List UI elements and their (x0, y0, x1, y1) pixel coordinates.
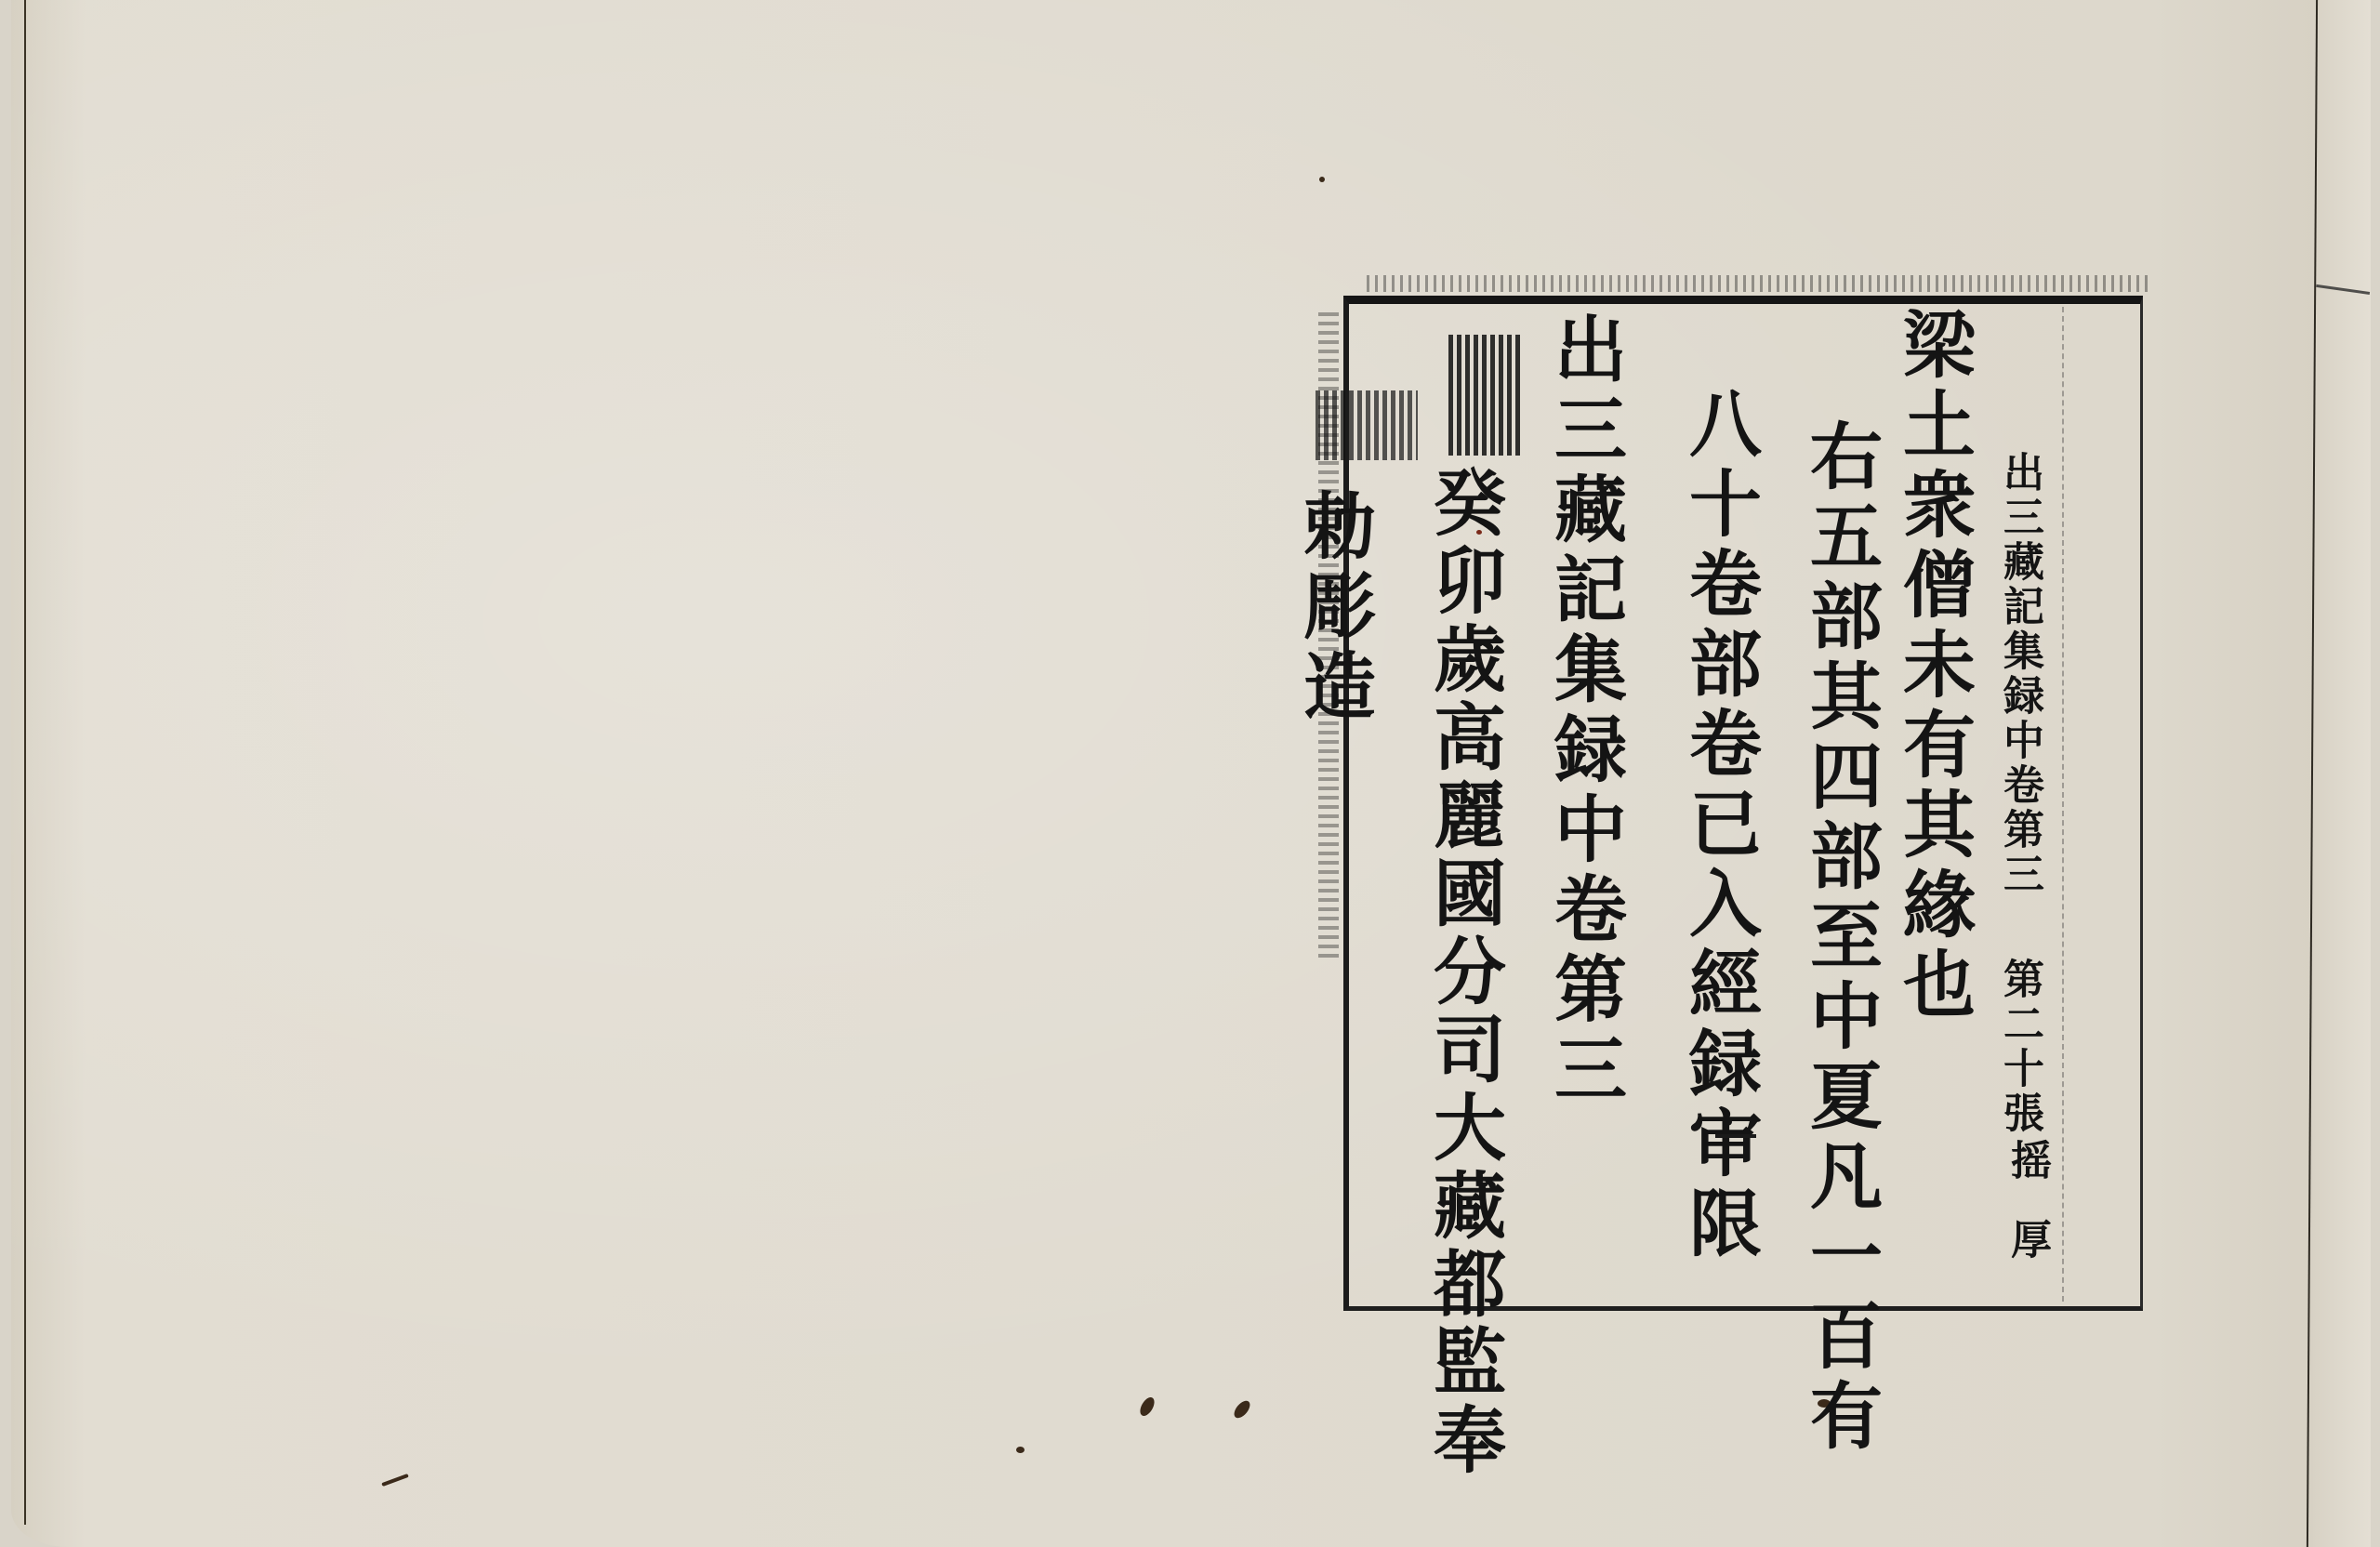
edict-column: 勅彫造 (1297, 488, 1369, 728)
frame-inner-rule (2062, 307, 2064, 1302)
frame-ink-bleed-top (1367, 275, 2148, 292)
ink-smudge (1448, 335, 1523, 456)
colophon-column: 癸卯歲高麗國分司大藏都監奉 (1427, 465, 1500, 1480)
page-number-column: 第二十張 (1999, 958, 2040, 1136)
carver-mark: 摇 (2006, 1139, 2047, 1183)
left-page-fold-line (24, 0, 26, 1525)
end-title-column: 出三藏記集録中卷第三 (1548, 311, 1620, 1111)
scanned-document: 出三藏記集録中卷第三 第二十張 摇 厚 梁土衆僧未有其緣也 右五部其四部至中夏凡… (0, 0, 2380, 1547)
ink-smudge (1316, 390, 1418, 460)
carver-sub-mark: 厚 (2006, 1218, 2047, 1263)
summary-column-1: 右五部其四部至中夏凡一百有 (1804, 418, 1876, 1458)
closing-rule (1715, 1134, 1756, 1138)
header-column: 出三藏記集録中卷第三 (1999, 451, 2040, 897)
paper-stain (1016, 1447, 1025, 1453)
paper-stain (1319, 177, 1325, 182)
binding-flap (2313, 0, 2371, 1547)
title-column: 梁土衆僧未有其緣也 (1897, 307, 1969, 1026)
